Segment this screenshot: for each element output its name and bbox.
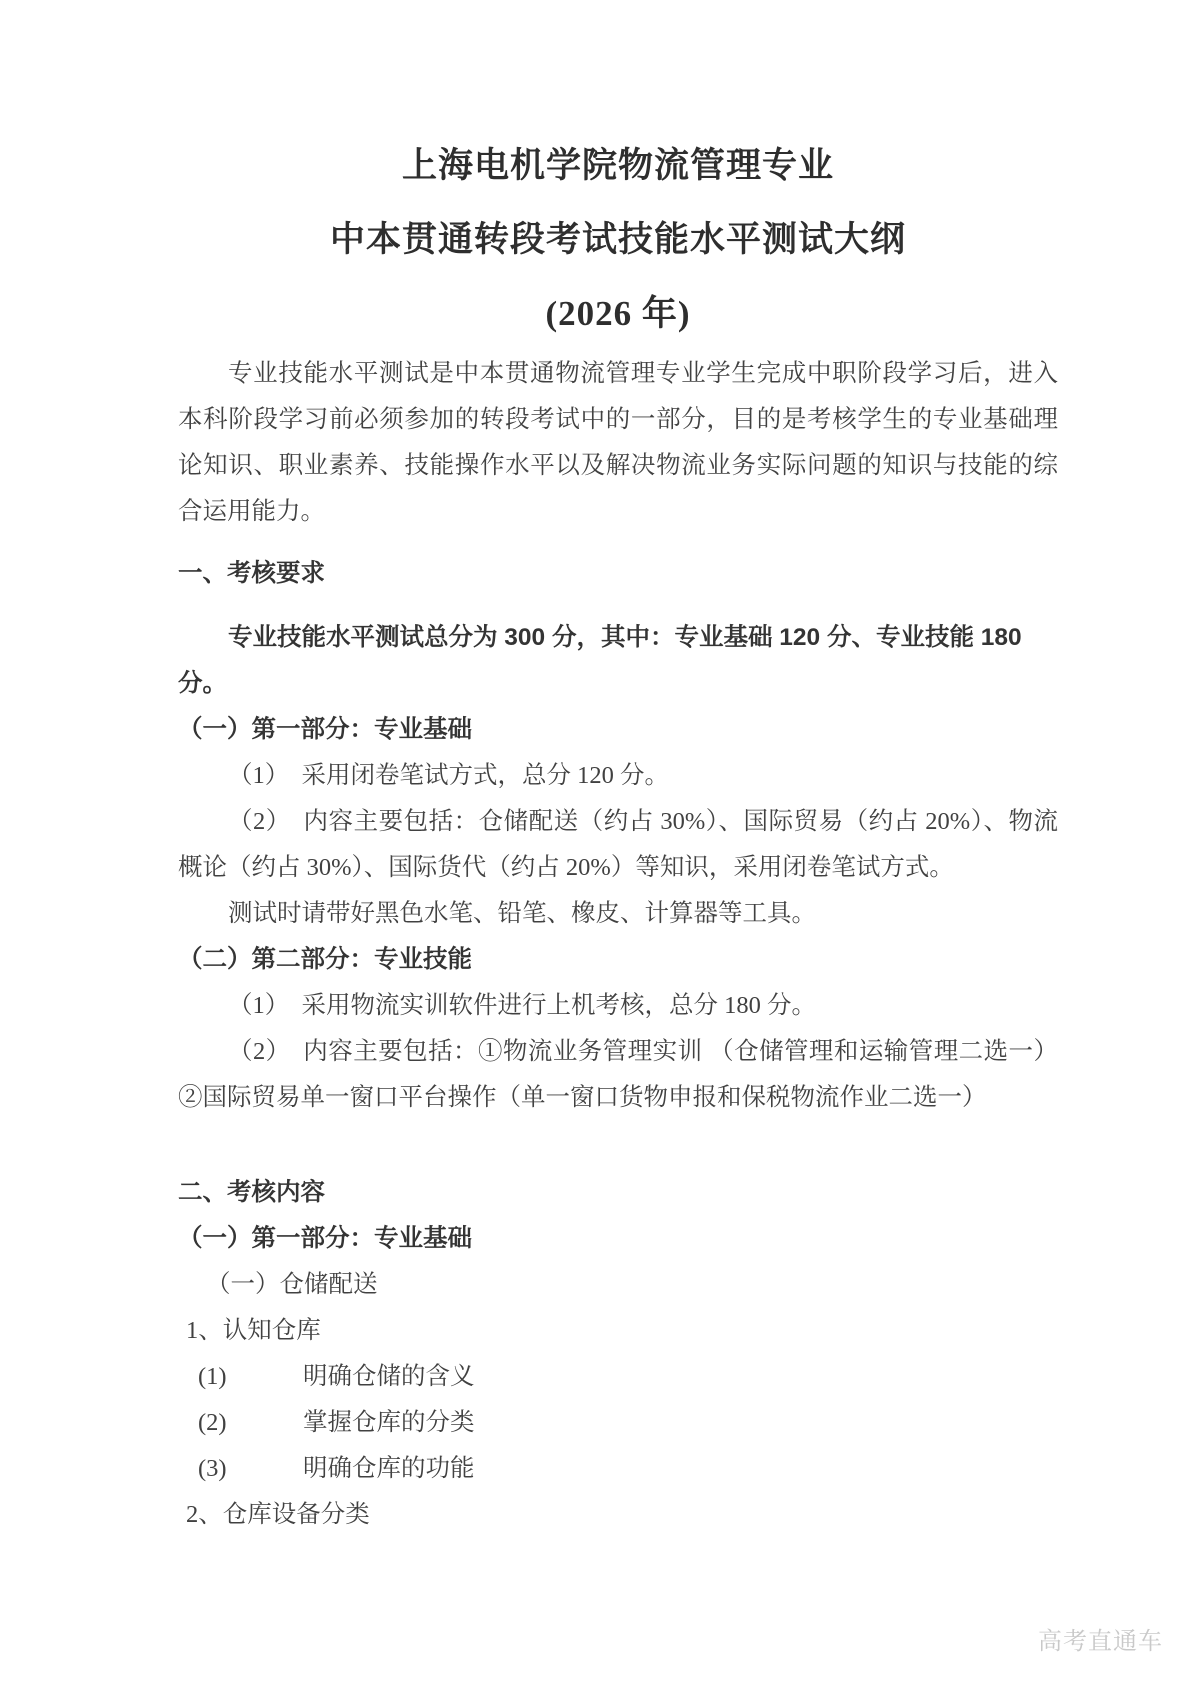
knowledge-point-3-text: 明确仓库的功能 xyxy=(303,1455,475,1482)
document-header: 上海电机学院物流管理专业 中本贯通转段考试技能水平测试大纲 (2026 年) xyxy=(178,129,1058,351)
section-1-part-2-heading: （二）第二部分：专业技能 xyxy=(178,937,1058,983)
topic-1-heading: 1、认知仓库 xyxy=(186,1308,1058,1354)
knowledge-point-2: (2)掌握仓库的分类 xyxy=(198,1400,1058,1446)
knowledge-point-1-number: (1) xyxy=(198,1354,303,1400)
knowledge-point-1: (1)明确仓储的含义 xyxy=(198,1354,1058,1400)
part-2-item-2: （2） 内容主要包括：①物流业务管理实训 （仓储管理和运输管理二选一）②国际贸易… xyxy=(178,1029,1058,1121)
knowledge-point-2-number: (2) xyxy=(198,1400,303,1446)
part-2-item-1: （1） 采用物流实训软件进行上机考核，总分 180 分。 xyxy=(178,983,1058,1029)
section-1-part-1-heading: （一）第一部分：专业基础 xyxy=(178,707,1058,753)
knowledge-point-3: (3)明确仓库的功能 xyxy=(198,1446,1058,1492)
section-2-part-1-heading: （一）第一部分：专业基础 xyxy=(178,1216,1058,1262)
part-1-item-2: （2） 内容主要包括：仓储配送（约占 30%）、国际贸易（约占 20%）、物流概… xyxy=(178,799,1058,891)
document-title-line-1: 上海电机学院物流管理专业 xyxy=(178,129,1058,203)
watermark-text: 高考直通车 xyxy=(1038,1629,1163,1655)
document-page: 上海电机学院物流管理专业 中本贯通转段考试技能水平测试大纲 (2026 年) 专… xyxy=(0,0,1190,1683)
section-1-heading: 一、考核要求 xyxy=(178,551,1058,597)
document-body: 专业技能水平测试是中本贯通物流管理专业学生完成中职阶段学习后，进入本科阶段学习前… xyxy=(178,351,1058,1538)
part-1-item-1: （1） 采用闭卷笔试方式，总分 120 分。 xyxy=(178,753,1058,799)
part-1-note: 测试时请带好黑色水笔、铅笔、橡皮、计算器等工具。 xyxy=(178,891,1058,937)
section-2-heading: 二、考核内容 xyxy=(178,1170,1058,1216)
unit-1-heading: （一）仓储配送 xyxy=(206,1262,1058,1308)
topic-2-heading: 2、仓库设备分类 xyxy=(186,1492,1058,1538)
knowledge-point-2-text: 掌握仓库的分类 xyxy=(303,1409,475,1436)
knowledge-point-3-number: (3) xyxy=(198,1446,303,1492)
knowledge-point-1-text: 明确仓储的含义 xyxy=(303,1363,475,1390)
document-title-line-3: (2026 年) xyxy=(178,277,1058,351)
section-1-summary: 专业技能水平测试总分为 300 分，其中：专业基础 120 分、专业技能 180… xyxy=(178,615,1058,707)
document-title-line-2: 中本贯通转段考试技能水平测试大纲 xyxy=(178,203,1058,277)
intro-paragraph: 专业技能水平测试是中本贯通物流管理专业学生完成中职阶段学习后，进入本科阶段学习前… xyxy=(178,351,1058,535)
